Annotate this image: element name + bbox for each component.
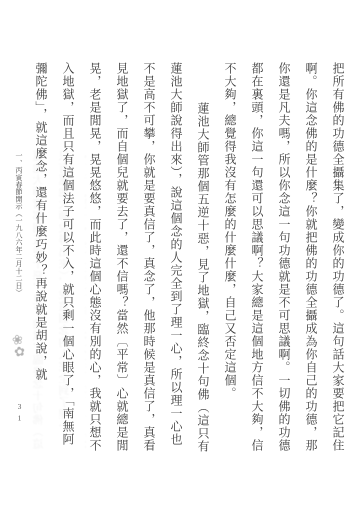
main-text-block: 把所有佛的功德全攝集了，變成你的功德了。這句話大家要把它記住啊。你這念佛的是什麼… <box>27 62 351 454</box>
paragraph: 蓮池大師管那個五逆十惡，見了地獄，臨終念十句佛（這只有蓮池大師說得出來），說這個… <box>27 62 216 454</box>
book-page: { "page": { "number": "31", "chapter_not… <box>0 0 363 510</box>
page-number: 31 <box>15 402 24 425</box>
paragraph: 把所有佛的功德全攝集了，變成你的功德了。這句話大家要把它記住啊。你這念佛的是什麼… <box>216 62 351 454</box>
chapter-note: 一、丙寅春節開示（一九八六年二月十二日） <box>13 152 24 307</box>
